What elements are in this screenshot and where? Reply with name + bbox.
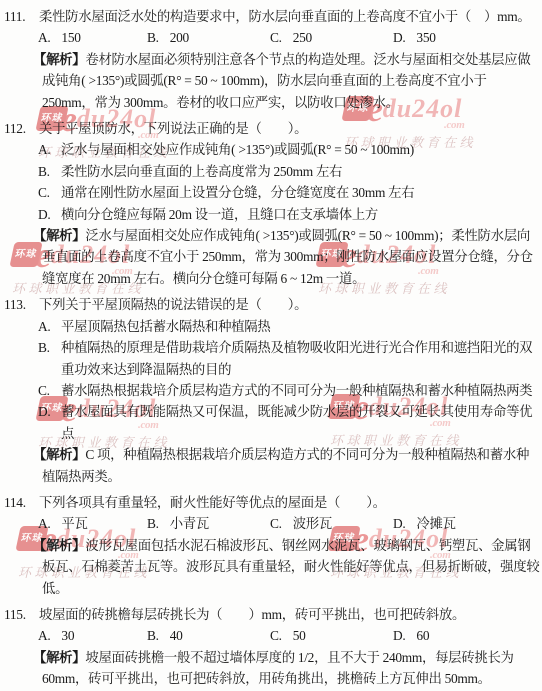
- question-111: 111. 柔性防水屋面泛水处的构造要求中，防水层向垂直面的上卷高度不宜小于（ ）…: [4, 6, 542, 113]
- option-c: C. 蓄水隔热根据栽培介质层构造方式的不同可分为一般种植隔热和蓄水种植隔热两类: [4, 380, 542, 401]
- option-b: B. 种植隔热的原理是借助栽培介质隔热及植物吸收阳光进行光合作用和遮挡阳光的双重…: [4, 337, 542, 380]
- analysis-text: C 项，种植隔热根据栽培介质层构造方式的不同可分为一般种植隔热和蓄水种植隔热两类…: [42, 447, 529, 483]
- options-row: A.30 B.40 C.50 D.60: [4, 625, 542, 646]
- option-c: C.波形瓦: [270, 513, 393, 534]
- question-stem: 坡屋面的砖挑檐每层砖挑长为（ ）mm，砖可平挑出，也可把砖斜放。: [39, 604, 542, 625]
- analysis-label: 【解析】: [33, 52, 85, 67]
- option-b: B.小青瓦: [147, 513, 270, 534]
- analysis-text: 卷材防水屋面必须特别注意各个节点的构造处理。泛水与屋面相交处基层应做成钝角( >…: [42, 52, 530, 110]
- option-b: B.200: [147, 27, 270, 48]
- analysis-label: 【解析】: [33, 228, 85, 243]
- option-a: A. 泛水与屋面相交处应作成钝角( >135°)或圆弧(R° = 50 ~ 10…: [4, 139, 542, 160]
- analysis-paragraph: 【解析】泛水与屋面相交处应作成钝角( >135°)或圆弧(R° = 50 ~ 1…: [42, 225, 540, 289]
- question-113: 113. 下列关于平屋顶隔热的说法错误的是（ ）。 A. 平屋顶隔热包括蓄水隔热…: [4, 294, 542, 487]
- question-112: 112. 关于平屋顶防水，下列说法正确的是（ ）。 A. 泛水与屋面相交处应作成…: [4, 118, 542, 289]
- option-c: C.50: [270, 625, 393, 646]
- question-number: 115.: [4, 604, 39, 625]
- analysis-text: 泛水与屋面相交处应作成钝角( >135°)或圆弧(R° = 50 ~ 100mm…: [42, 228, 533, 286]
- analysis-label: 【解析】: [33, 650, 85, 665]
- option-c: C. 通常在刚性防水屋面上设置分仓缝，分仓缝宽度在 30mm 左右: [4, 182, 542, 203]
- analysis-paragraph: 【解析】坡屋面砖挑檐一般不超过墙体厚度的 1/2，且不大于 240mm，每层砖挑…: [42, 647, 540, 690]
- option-d: D.60: [393, 625, 542, 646]
- question-number: 112.: [4, 118, 39, 139]
- question-stem: 下列关于平屋顶隔热的说法错误的是（ ）。: [39, 294, 542, 315]
- analysis-paragraph: 【解析】卷材防水屋面必须特别注意各个节点的构造处理。泛水与屋面相交处基层应做成钝…: [42, 49, 540, 113]
- option-d: D.冷摊瓦: [393, 513, 542, 534]
- question-stem: 柔性防水屋面泛水处的构造要求中，防水层向垂直面的上卷高度不宜小于（ ）mm。: [39, 6, 542, 27]
- question-stem: 下列各项具有重量轻，耐火性能好等优点的屋面是（ ）。: [39, 492, 542, 513]
- question-115: 115. 坡屋面的砖挑檐每层砖挑长为（ ）mm，砖可平挑出，也可把砖斜放。 A.…: [4, 604, 542, 690]
- analysis-paragraph: 【解析】波形瓦屋面包括水泥石棉波形瓦、钢丝网水泥瓦、玻璃钢瓦、钙塑瓦、金属钢板瓦…: [42, 535, 540, 599]
- option-d: D.350: [393, 27, 542, 48]
- option-a: A.平瓦: [38, 513, 147, 534]
- options-row: A.150 B.200 C.250 D.350: [4, 27, 542, 48]
- option-c: C.250: [270, 27, 393, 48]
- analysis-label: 【解析】: [33, 538, 85, 553]
- option-a: A.30: [38, 625, 147, 646]
- option-b: B.40: [147, 625, 270, 646]
- exam-page: 环球edu24ol .com 环球职业教育在线 环球edu24ol .com 环…: [0, 0, 542, 691]
- question-number: 114.: [4, 492, 39, 513]
- options-row: A.平瓦 B.小青瓦 C.波形瓦 D.冷摊瓦: [4, 513, 542, 534]
- option-b: B. 柔性防水层向垂直面的上卷高度常为 250mm 左右: [4, 161, 542, 182]
- question-stem: 关于平屋顶防水，下列说法正确的是（ ）。: [39, 118, 542, 139]
- analysis-text: 坡屋面砖挑檐一般不超过墙体厚度的 1/2，且不大于 240mm，每层砖挑长为 6…: [42, 650, 514, 686]
- question-number: 111.: [4, 6, 39, 27]
- exam-content: 111. 柔性防水屋面泛水处的构造要求中，防水层向垂直面的上卷高度不宜小于（ ）…: [0, 0, 542, 690]
- option-a: A.150: [38, 27, 147, 48]
- question-114: 114. 下列各项具有重量轻，耐火性能好等优点的屋面是（ ）。 A.平瓦 B.小…: [4, 492, 542, 599]
- analysis-label: 【解析】: [33, 447, 85, 462]
- option-a: A. 平屋顶隔热包括蓄水隔热和种植隔热: [4, 316, 542, 337]
- option-d: D. 蓄水屋面具有既能隔热又可保温，既能减少防水层的开裂又可延长其使用寿命等优点: [4, 401, 542, 444]
- analysis-paragraph: 【解析】C 项，种植隔热根据栽培介质层构造方式的不同可分为一般种植隔热和蓄水种植…: [42, 444, 540, 487]
- analysis-text: 波形瓦屋面包括水泥石棉波形瓦、钢丝网水泥瓦、玻璃钢瓦、钙塑瓦、金属钢板瓦、石棉菱…: [42, 538, 539, 596]
- question-number: 113.: [4, 294, 39, 315]
- option-d: D. 横向分仓缝应每隔 20m 设一道，且缝口在支承墙体上方: [4, 204, 542, 225]
